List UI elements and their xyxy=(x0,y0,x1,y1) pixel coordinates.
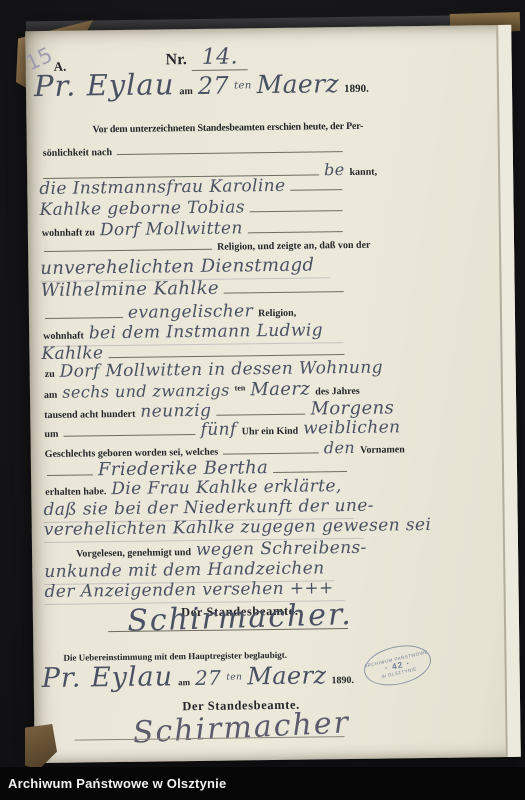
archive-stamp: ARCHIWUM PAŃSTWOWE · 42 · W OLSZTYNIE xyxy=(360,639,435,691)
birth-hour: fünf xyxy=(200,419,236,439)
blank-line xyxy=(291,188,343,191)
mother-name: Wilhelmine Kahlke xyxy=(40,278,219,301)
register-page: 15 A. Nr. 14. Pr. Eylau am 27 ten Maerz … xyxy=(25,25,521,763)
mother-line-2: Wilhelmine Kahlke xyxy=(40,276,343,301)
signature-text: Schirmacher. xyxy=(127,597,353,639)
blank-line xyxy=(223,451,319,454)
closing-1: wegen Schreibens- xyxy=(196,538,367,560)
certify-month: Maerz xyxy=(247,661,327,690)
archival-scan: 15 A. Nr. 14. Pr. Eylau am 27 ten Maerz … xyxy=(0,0,525,800)
date-day: 27 xyxy=(198,72,230,100)
des-jahres-label: des Jahres xyxy=(315,386,360,398)
certify-am: am xyxy=(178,677,190,687)
archive-caption: Archiwum Państwowe w Olsztynie xyxy=(8,776,226,791)
blank-line xyxy=(216,413,305,416)
tausend-label: tausend acht hundert xyxy=(44,409,135,421)
blank-line xyxy=(44,248,212,252)
blank-line xyxy=(224,290,344,294)
religion-label: Religion, xyxy=(258,308,296,319)
child-gender: weiblichen xyxy=(303,417,401,438)
certify-day-suffix: ten xyxy=(226,672,242,682)
page-fold-edge xyxy=(496,25,521,757)
declaration-3: verehelichten Kahlke zugegen gewesen sei xyxy=(44,515,432,540)
um-label: um xyxy=(44,429,58,440)
certify-year: 1890. xyxy=(331,675,354,686)
declarant-line-2: Kahlke geborne Tobias xyxy=(39,196,342,220)
birth-month: Maerz xyxy=(250,379,310,401)
zu-label: zu xyxy=(45,369,55,380)
mother-religion: evangelischer xyxy=(128,301,253,323)
residence-line: wohnhaft zu Dorf Mollwitten xyxy=(42,217,343,241)
declarant-residence: Dorf Mollwitten xyxy=(100,218,243,240)
declarant-text-2: Kahlke geborne Tobias xyxy=(39,197,245,220)
blank-line xyxy=(248,230,343,233)
place-name: Pr. Eylau xyxy=(34,67,175,103)
birth-day-suffix: ten xyxy=(235,383,246,392)
declarant-text-1: die Instmannsfrau Karoline xyxy=(39,176,286,199)
vornamen-label: Vornamen xyxy=(360,444,405,456)
archive-caption-bar: Archiwum Państwowe w Olsztynie xyxy=(0,767,525,800)
place-date-line: Pr. Eylau am 27 ten Maerz 1890. xyxy=(34,65,369,117)
intro-line-2: sönlichkeit nach xyxy=(43,144,343,159)
religion-notice: Religion, und zeigte an, daß von der xyxy=(217,240,370,253)
intro-line-1: Vor dem unterzeichneten Standesbeamten e… xyxy=(92,121,363,136)
certify-day: 27 xyxy=(195,666,222,690)
wohnhaft-zu-label: wohnhaft zu xyxy=(42,227,95,239)
date-day-suffix: ten xyxy=(234,80,252,91)
am-label: am xyxy=(179,86,192,97)
blank-line xyxy=(250,209,343,212)
declarant-line-1: die Instmannsfrau Karoline xyxy=(39,175,342,199)
birth-day: sechs und zwanzigs xyxy=(62,381,230,402)
blank-line xyxy=(117,150,343,155)
blank-line xyxy=(45,316,123,319)
blank-line xyxy=(108,353,344,358)
book-corner-bottom-left xyxy=(25,724,57,770)
blank-line xyxy=(63,433,195,437)
time-of-day: Morgens xyxy=(310,397,394,419)
certify-place: Pr. Eylau xyxy=(42,661,174,694)
intro-line-2-label: sönlichkeit nach xyxy=(43,147,112,159)
date-month: Maerz xyxy=(256,69,339,99)
mother-status: unverehelichten Dienstmagd xyxy=(40,254,314,279)
vorgelesen-label: Vorgelesen, genehmigt und xyxy=(76,547,191,560)
blank-line xyxy=(47,473,93,476)
vorgelesen-line: Vorgelesen, genehmigt und wegen Schreibe… xyxy=(76,537,416,561)
birth-year: neunzig xyxy=(140,401,211,422)
am-label-2: am xyxy=(44,390,57,401)
den-hand: den xyxy=(324,438,355,457)
date-year: 1890. xyxy=(344,83,369,95)
religion-notice-line: Religion, und zeigte an, daß von der xyxy=(44,239,418,255)
wohnhaft-label: wohnhaft xyxy=(43,330,84,342)
known-print: kannt, xyxy=(350,167,378,178)
uhr-label: Uhr ein Kind xyxy=(242,426,299,438)
blank-line xyxy=(273,470,347,473)
erhalten-label: erhalten habe. xyxy=(45,486,106,498)
